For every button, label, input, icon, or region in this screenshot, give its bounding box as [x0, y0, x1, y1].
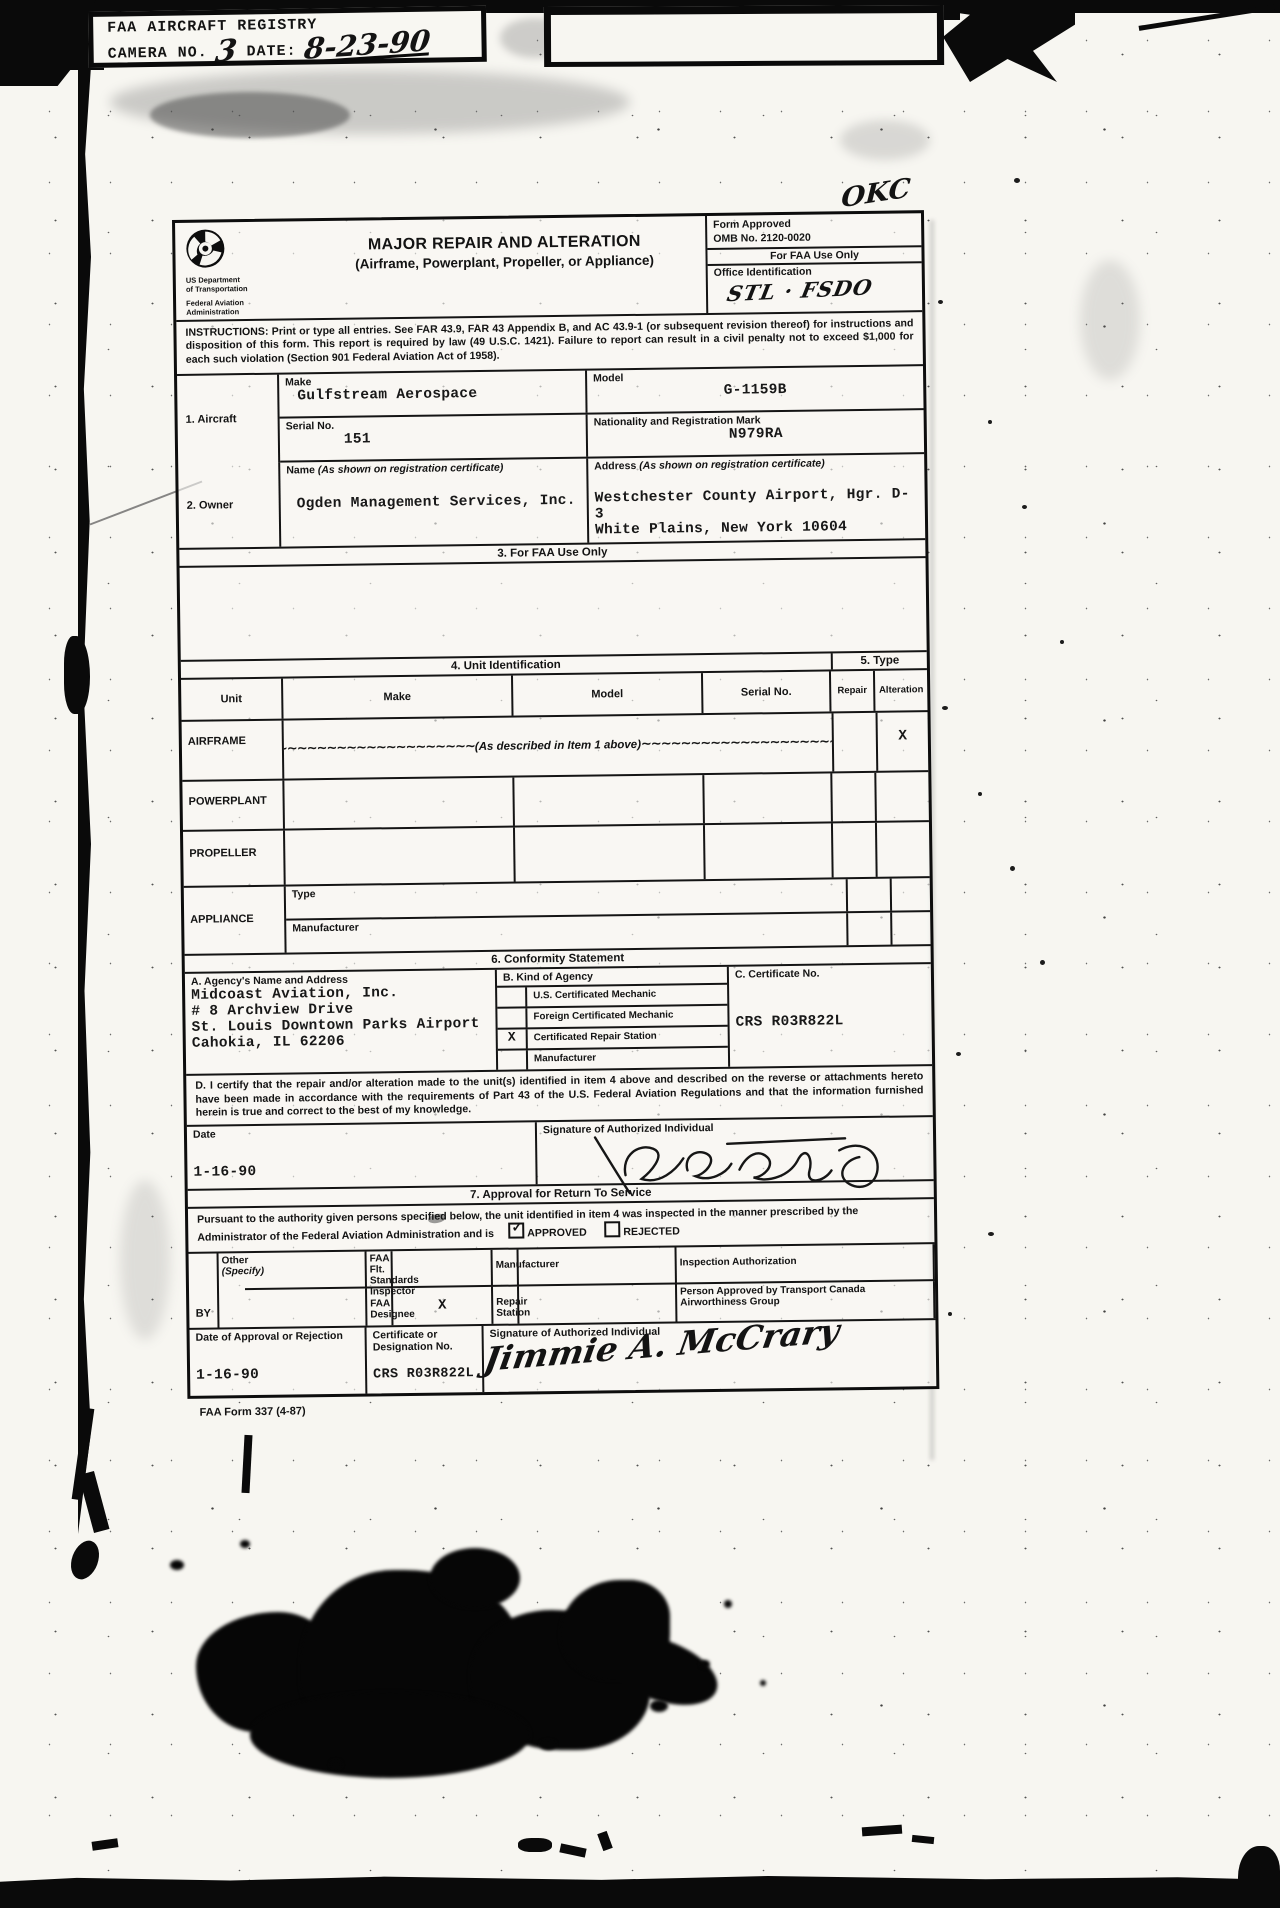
by-option-label: FAA Flt. Standards Inspector — [367, 1251, 393, 1288]
airframe-strike-right: ~~~~~~~~~~~~~~~~~~~~ — [641, 735, 834, 753]
owner-name-label: Name — [286, 464, 315, 476]
scan-bottom-mark2 — [518, 1838, 552, 1852]
scan-top-empty-box — [544, 5, 944, 67]
propeller-label: PROPELLER — [183, 830, 286, 885]
scan-bottom-mark1 — [92, 1838, 119, 1851]
owner-section-label: 2. Owner — [178, 462, 281, 547]
owner-address-line1: Westchester County Airport, Hgr. D-3 — [595, 486, 919, 522]
kind-label: Manufacturer — [528, 1048, 728, 1070]
instructions-text: INSTRUCTIONS: Print or type all entries.… — [176, 312, 923, 376]
kind-checkbox-checked: X — [498, 1029, 528, 1048]
stamp-date-handwritten: 8-23-90 — [303, 29, 432, 64]
scan-bottomleft-blob — [66, 1537, 104, 1583]
speck — [1022, 505, 1027, 509]
speck — [938, 300, 943, 304]
by-checkbox — [393, 1250, 493, 1288]
appliance-type-label: Type — [286, 879, 848, 918]
by-option-label: FAA Designee — [367, 1288, 393, 1325]
scan-bottom-mark4 — [597, 1831, 613, 1851]
office-identification-handwritten: STL · FSDO — [725, 275, 875, 307]
rejected-label: REJECTED — [623, 1226, 680, 1239]
form-title: MAJOR REPAIR AND ALTERATION — [303, 232, 705, 255]
unit-col-header: Unit — [181, 678, 284, 719]
faa-registry-stamp: FAA AIRCRAFT REGISTRY CAMERA NO. 3 DATE:… — [88, 6, 487, 68]
scan-left-blob — [64, 636, 90, 714]
owner-address-label-paren: (As shown on registration certificate) — [639, 457, 825, 471]
approval-bottom-row: Date of Approval or Rejection 1-16-90 Ce… — [190, 1320, 937, 1396]
by-label: BY — [189, 1253, 220, 1327]
ink-splotch — [430, 1548, 520, 1608]
powerplant-label: POWERPLANT — [182, 780, 285, 829]
approved-label: APPROVED — [527, 1227, 587, 1240]
ink-dot — [170, 1560, 184, 1570]
kind-of-agency-cell: B. Kind of Agency U.S. Certificated Mech… — [497, 967, 730, 1070]
scan-bottom-mark3 — [559, 1843, 586, 1857]
model-col-header: Model — [513, 673, 704, 715]
by-checkbox-checked: X — [393, 1287, 493, 1325]
scan-left-strip — [78, 66, 91, 1534]
agency-line4: Cahokia, IL 62206 — [192, 1032, 490, 1052]
airframe-label: AIRFRAME — [182, 720, 285, 779]
by-checkbox — [519, 1284, 677, 1323]
authorized-signature-scribble — [577, 1130, 908, 1196]
scan-bottomleft-stroke2 — [79, 1471, 110, 1533]
smudge — [1080, 260, 1140, 380]
date-label: Date — [193, 1125, 529, 1141]
owner-name-value: Ogden Management Services, Inc. — [297, 492, 581, 512]
aircraft-section-label: 1. Aircraft — [177, 374, 280, 463]
by-checkbox — [245, 1288, 367, 1327]
dot-logo-icon — [185, 228, 226, 269]
date-signature-row: Date 1-16-90 Signature of Authorized Ind… — [187, 1117, 934, 1191]
aircraft-make-value: Gulfstream Aerospace — [285, 384, 579, 404]
section-owner: 2. Owner Name (As shown on registration … — [178, 454, 925, 550]
stamp-date-label: DATE: — [246, 43, 296, 62]
speck — [1060, 640, 1064, 644]
kind-checkbox — [497, 1008, 527, 1027]
by-other-label: Other — [222, 1255, 249, 1266]
stamp-camera-label: CAMERA NO. — [108, 44, 208, 64]
by-other-cell: Other (Specify) — [219, 1253, 246, 1327]
ink-dot — [650, 1700, 668, 1712]
scan-bottom-mark6 — [912, 1835, 935, 1844]
form-header: US Department of Transportation Federal … — [175, 213, 922, 321]
okc-handwritten-note: OKC — [840, 173, 911, 214]
kind-checkbox — [497, 987, 527, 1006]
certificate-no-cell: C. Certificate No. CRS R03R822L — [729, 964, 932, 1067]
owner-address-line2: White Plains, New York 10604 — [595, 518, 919, 538]
agency-line: Administration — [186, 306, 300, 317]
agency-name-address-cell: A. Agency's Name and Address Midcoast Av… — [185, 970, 498, 1074]
approval-text-line2: Administrator of the Federal Aviation Ad… — [197, 1228, 494, 1244]
kind-label: Certificated Repair Station — [528, 1027, 728, 1049]
by-option-label: Inspection Authorization — [676, 1244, 934, 1284]
approved-check-mark: ✓ — [511, 1219, 522, 1237]
omb-number: OMB No. 2120-0020 — [713, 229, 915, 246]
appliance-label: APPLIANCE — [184, 886, 287, 953]
kind-checkbox — [498, 1050, 528, 1069]
airframe-as-described-note: (As described in Item 1 above) — [475, 739, 641, 753]
faa-use-only-empty — [180, 558, 927, 662]
appliance-manufacturer-label: Manufacturer — [286, 913, 848, 952]
airframe-row: AIRFRAME ~~~~~~~~~~~~~~~~~~~~ (As descri… — [182, 712, 929, 782]
certificate-no-label: C. Certificate No. — [735, 966, 925, 980]
smudge — [840, 120, 930, 160]
speck — [956, 1052, 961, 1056]
appliance-row: APPLIANCE Type Manufacturer — [184, 878, 931, 956]
form-title-block: MAJOR REPAIR AND ALTERATION (Airframe, P… — [303, 216, 706, 318]
owner-address-label: Address — [594, 460, 636, 473]
conformity-abc-row: A. Agency's Name and Address Midcoast Av… — [185, 964, 932, 1076]
approved-checkbox: ✓ — [509, 1223, 525, 1239]
type-title: 5. Type — [833, 652, 927, 669]
speck — [942, 706, 948, 710]
date-value: 1-16-90 — [193, 1160, 529, 1180]
agency-line: of Transportation — [186, 284, 300, 295]
speck — [988, 1232, 994, 1236]
airframe-strike-left: ~~~~~~~~~~~~~~~~~~~~ — [284, 739, 475, 757]
form-number-footer: FAA Form 337 (4-87) — [200, 1397, 940, 1419]
by-other-paren: (Specify) — [222, 1266, 264, 1278]
certificate-no-value: CRS R03R822L — [735, 1012, 925, 1030]
form-approval-block: Form Approved OMB No. 2120-0020 For FAA … — [705, 213, 922, 312]
approval-date-label: Date of Approval or Rejection — [196, 1329, 359, 1343]
approval-date-value: 1-16-90 — [196, 1365, 359, 1383]
form-337: US Department of Transportation Federal … — [172, 210, 940, 1418]
make-col-header: Make — [283, 675, 514, 718]
airframe-alteration-mark: X — [878, 712, 929, 771]
speck — [1014, 178, 1020, 183]
speck — [948, 1312, 952, 1316]
speck — [988, 420, 992, 424]
speck — [1040, 960, 1045, 965]
rejected-checkbox — [604, 1222, 620, 1238]
scanned-document-page: FAA AIRCRAFT REGISTRY CAMERA NO. 3 DATE:… — [0, 0, 1280, 1908]
kind-label: Foreign Certificated Mechanic — [527, 1006, 727, 1028]
kind-label: U.S. Certificated Mechanic — [527, 985, 727, 1007]
designation-no-label: Certificate or Designation No. — [373, 1328, 476, 1353]
speck — [978, 792, 982, 796]
smudge — [150, 92, 350, 138]
aircraft-model-value: G-1159B — [593, 380, 917, 400]
form-subtitle: (Airframe, Powerplant, Propeller, or App… — [303, 252, 705, 272]
repair-col-header: Repair — [831, 671, 876, 712]
airframe-repair-cell — [834, 713, 879, 772]
by-checkbox — [519, 1247, 677, 1286]
ink-splotch — [250, 1692, 530, 1778]
by-option-label: Manufacturer — [493, 1249, 519, 1286]
ink-dot — [240, 1540, 250, 1548]
scan-drip-mark — [241, 1435, 252, 1493]
stamp-camera-number-handwritten: 3 — [214, 40, 238, 63]
ink-dot — [724, 1600, 732, 1608]
dot-agency-block: US Department of Transportation Federal … — [175, 221, 304, 319]
ink-dot — [330, 1760, 342, 1769]
by-option-label: Repair Station — [493, 1286, 519, 1323]
designation-no-value: CRS R03R822L — [373, 1366, 476, 1382]
ink-dot — [700, 1660, 710, 1668]
ink-dot — [540, 1740, 556, 1750]
scan-bottomright-blob — [1238, 1846, 1280, 1908]
serial-col-header: Serial No. — [703, 671, 832, 713]
propeller-row: PROPELLER — [183, 822, 930, 888]
smudge — [120, 1180, 170, 1340]
scan-bottom-bar — [0, 1876, 1280, 1908]
scan-bottom-mark5 — [862, 1825, 903, 1837]
section-aircraft: 1. Aircraft Make Gulfstream Aerospace Mo… — [177, 366, 924, 464]
alteration-col-header: Alteration — [875, 670, 928, 711]
speck — [1010, 866, 1015, 871]
ink-dot — [760, 1680, 766, 1686]
owner-name-label-paren: (As shown on registration certificate) — [318, 461, 504, 475]
